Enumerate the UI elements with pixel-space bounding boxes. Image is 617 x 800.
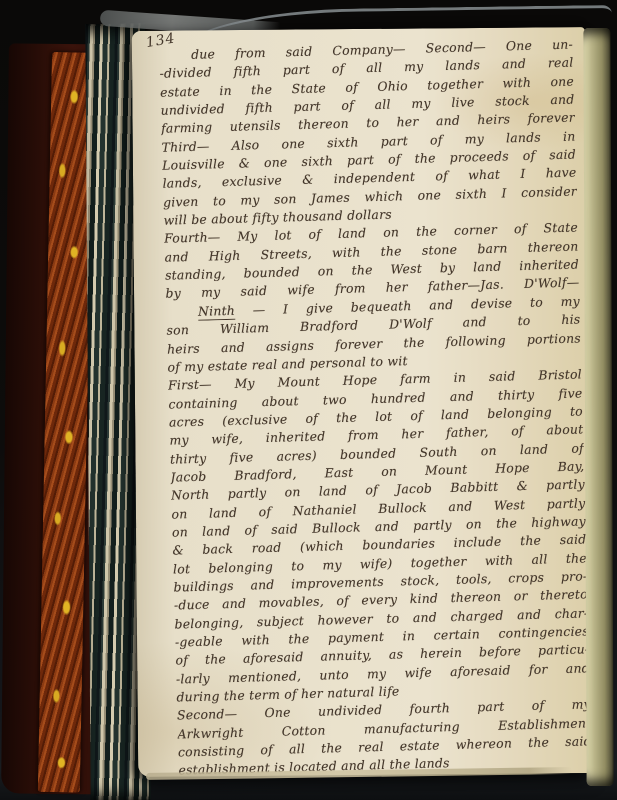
document-page: 134 due from said Company— Second— One u… (132, 27, 591, 777)
text-block: due from said Company— Second— One un--d… (159, 36, 593, 781)
underlined-word: Ninth (198, 303, 235, 321)
book-photo: 134 due from said Company— Second— One u… (0, 0, 617, 800)
book-fore-edge (583, 28, 613, 786)
